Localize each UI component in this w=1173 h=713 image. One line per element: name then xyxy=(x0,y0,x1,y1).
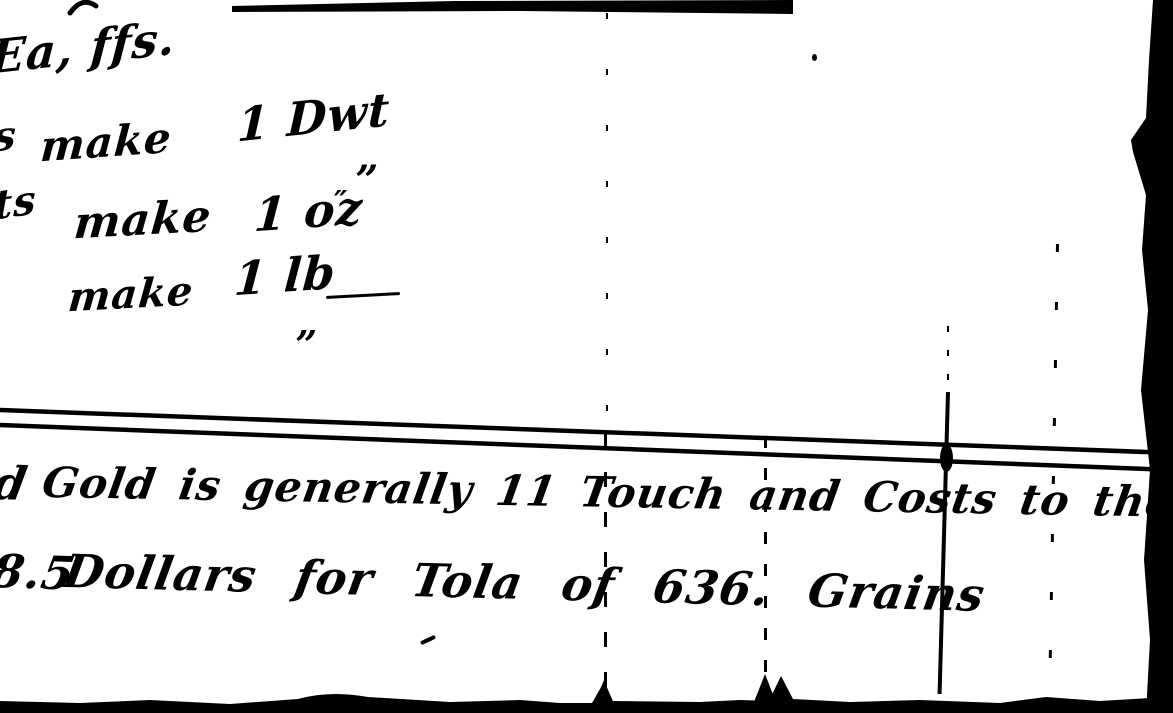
top-curl-stroke xyxy=(70,2,96,13)
bottom-edge-border xyxy=(0,676,1173,713)
manuscript-page: Ea, ffs. s make 1 Dwt „ ts make 1 oz ″ m… xyxy=(0,0,1173,713)
ruling-and-borders xyxy=(0,0,1173,713)
top-edge-border xyxy=(232,0,793,14)
right-edge-border xyxy=(1131,0,1173,713)
double-rule xyxy=(0,410,1173,470)
